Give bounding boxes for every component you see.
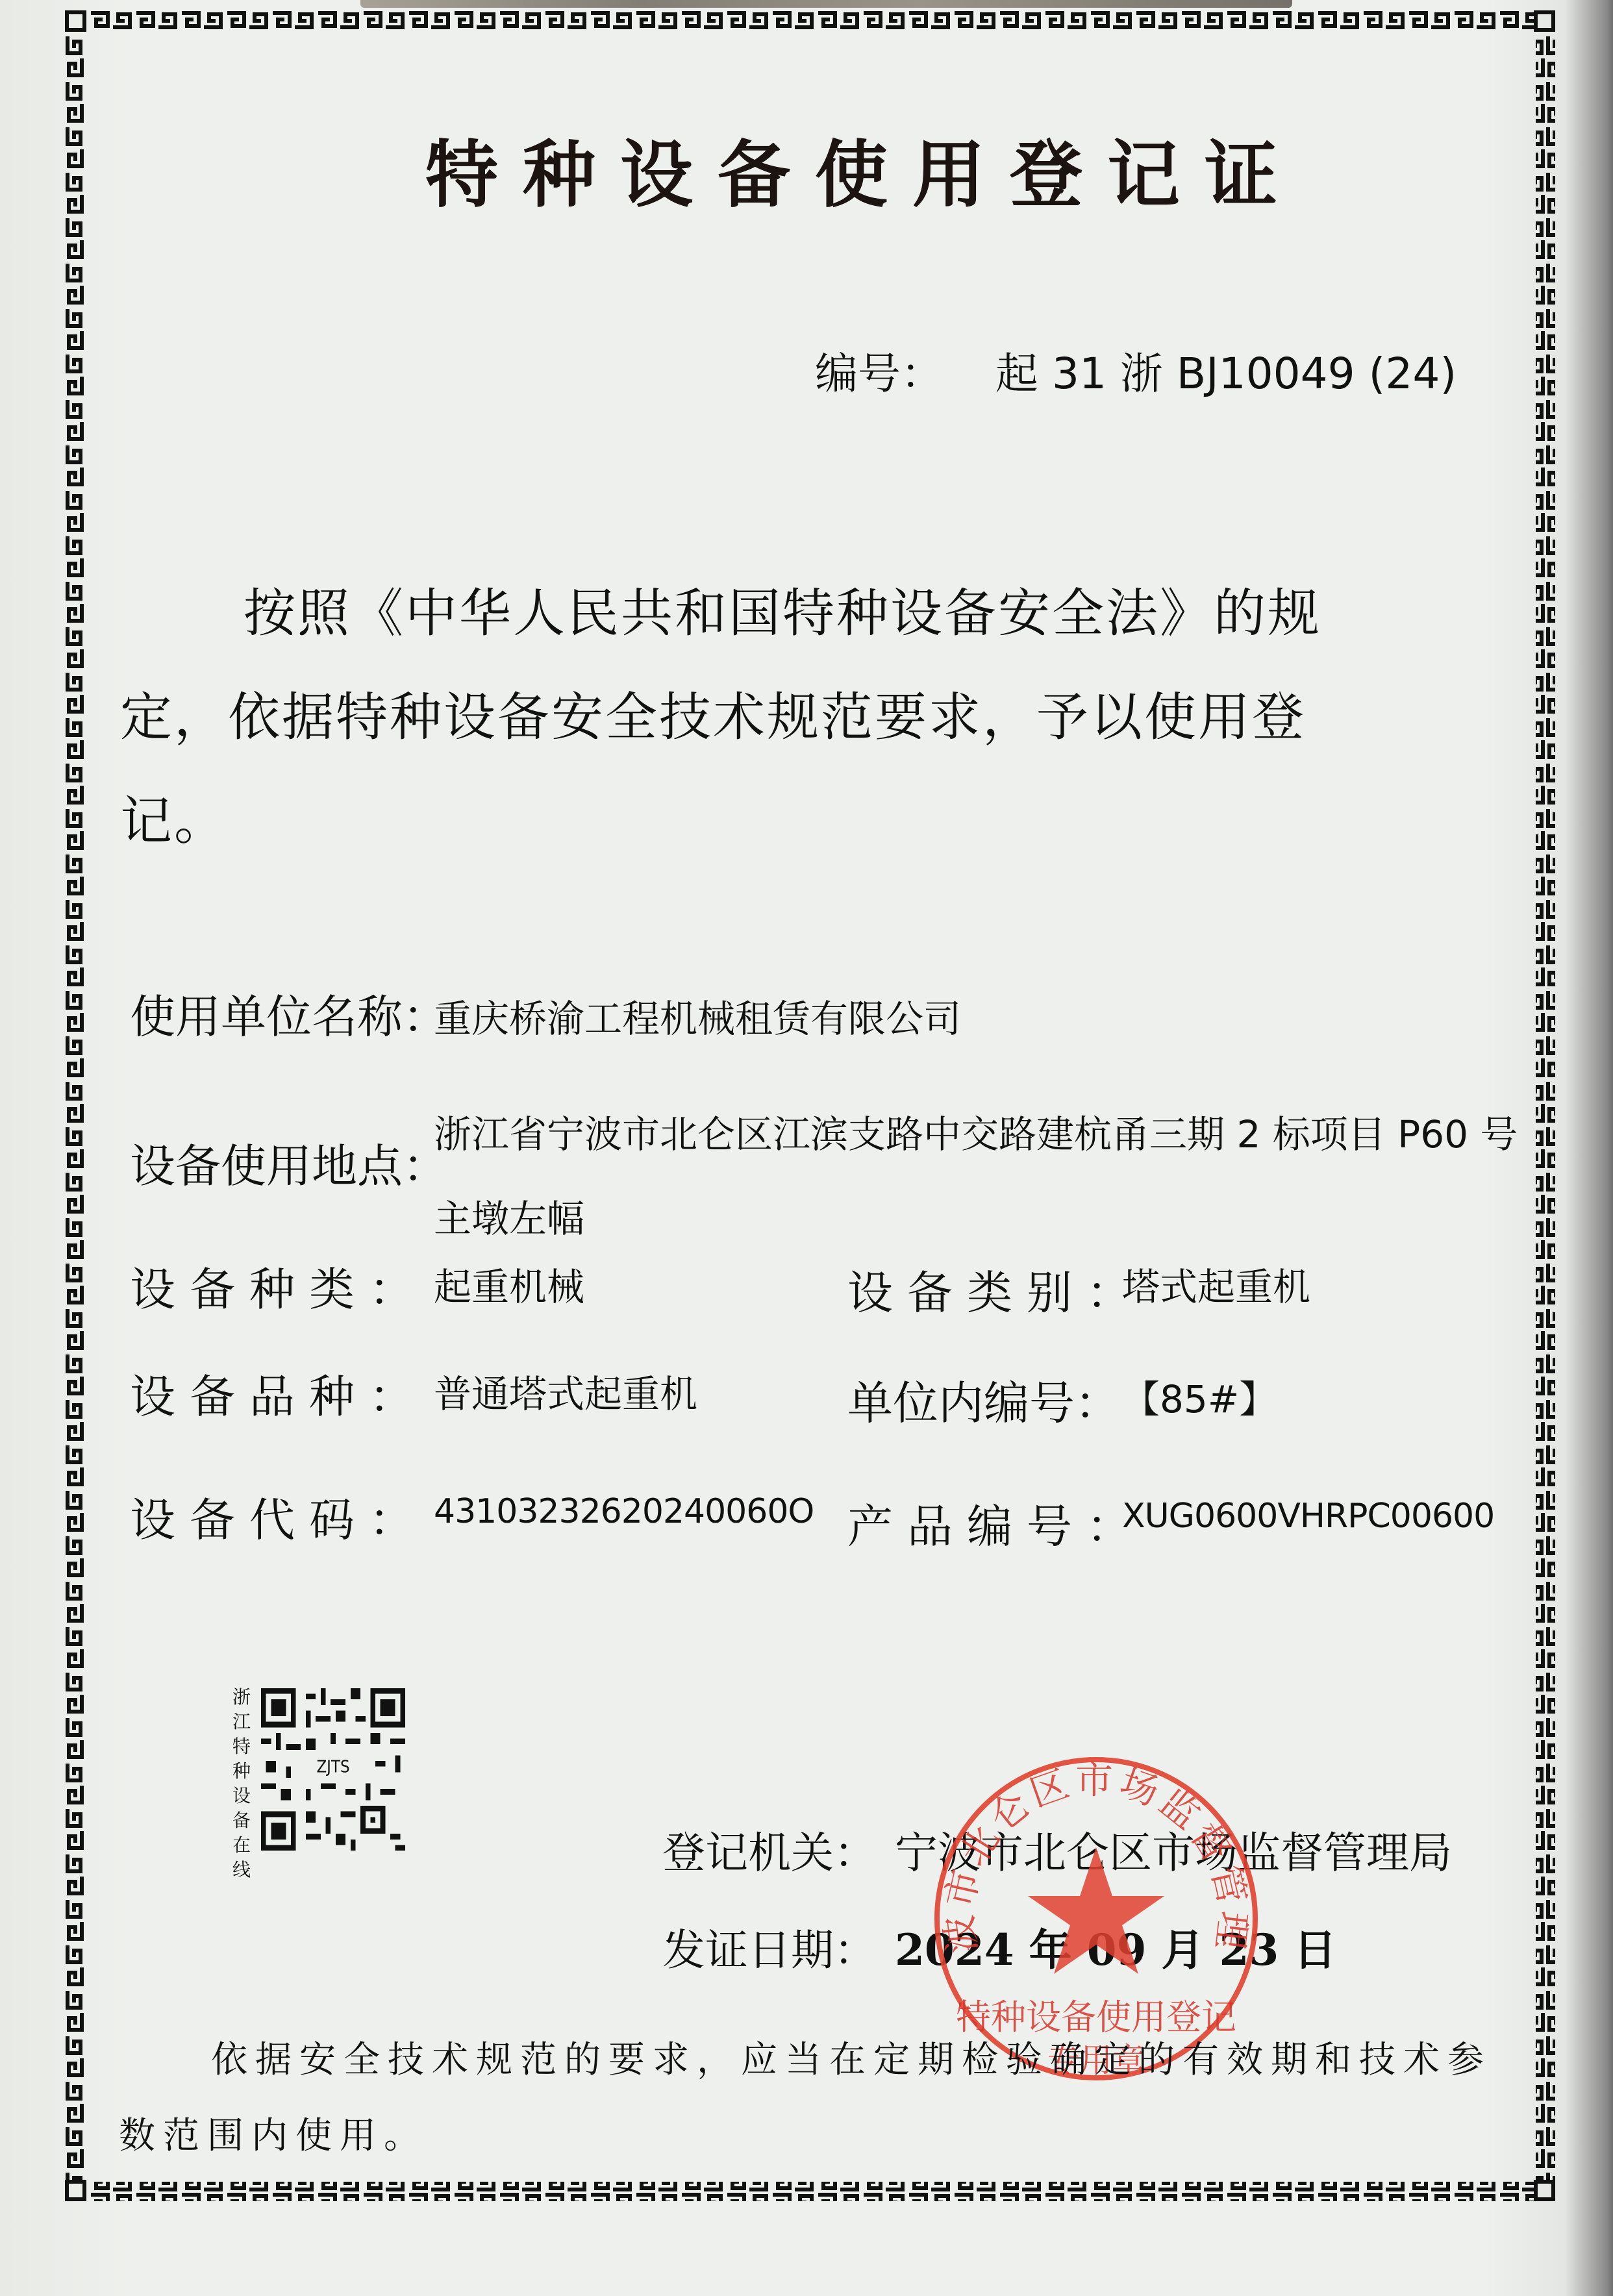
qr-caption: 浙江特种设备在线 — [229, 1685, 255, 1882]
user-unit-label: 使用单位名称： — [130, 980, 448, 1046]
preamble-line-2: 定，依据特种设备安全技术规范要求，予以使用登 — [120, 675, 1306, 750]
number-label: 编号： — [815, 349, 944, 399]
location-value-line-2: 主墩左幅 — [434, 1188, 584, 1243]
equipment-category-label: 设备类别： — [847, 1256, 1146, 1322]
footer-line-2: 数范围内使用。 — [119, 2107, 428, 2159]
internal-number-value: 【85#】 — [1122, 1369, 1277, 1423]
preamble-line-1: 按照《中华人民共和国特种设备安全法》的规 — [244, 571, 1321, 646]
preamble-line-3: 记。 — [120, 779, 228, 854]
equipment-code-value: 43103232620240060O — [434, 1492, 814, 1531]
certificate-number: 编号：起 31 浙 BJ10049 (24) — [815, 339, 1457, 401]
scan-edge-strip — [360, 0, 1292, 8]
qr-center-text: ZJTS — [316, 1756, 349, 1777]
product-number-value: XUG0600VHRPC00600 — [1122, 1497, 1494, 1536]
equipment-kind-value: 起重机械 — [434, 1256, 584, 1311]
authority-label: 登记机关： — [662, 1818, 877, 1880]
location-value-line-1: 浙江省宁波市北仑区江滨支路中交路建杭甬三期 2 标项目 P60 号 — [434, 1104, 1518, 1158]
equipment-kind-label: 设备种类： — [130, 1253, 429, 1319]
qr-code[interactable]: ZJTS — [261, 1688, 405, 1851]
internal-number-label: 单位内编号： — [847, 1367, 1120, 1432]
number-value: 起 31 浙 BJ10049 (24) — [995, 349, 1457, 399]
equipment-code-label: 设备代码： — [130, 1484, 429, 1549]
issue-date-label: 发证日期： — [662, 1915, 877, 1977]
equipment-variety-value: 普通塔式起重机 — [434, 1364, 697, 1418]
document-title: 特种设备使用登记证 — [425, 117, 1302, 221]
user-unit-value: 重庆桥渝工程机械租赁有限公司 — [434, 988, 961, 1043]
footer-line-1: 依据安全技术规范的要求，应当在定期检验确定的有效期和技术参 — [211, 2031, 1492, 2083]
product-number-label: 产品编号： — [847, 1490, 1146, 1556]
location-label: 设备使用地点： — [130, 1130, 448, 1195]
equipment-category-value: 塔式起重机 — [1122, 1256, 1310, 1311]
equipment-variety-label: 设备品种： — [130, 1360, 429, 1426]
